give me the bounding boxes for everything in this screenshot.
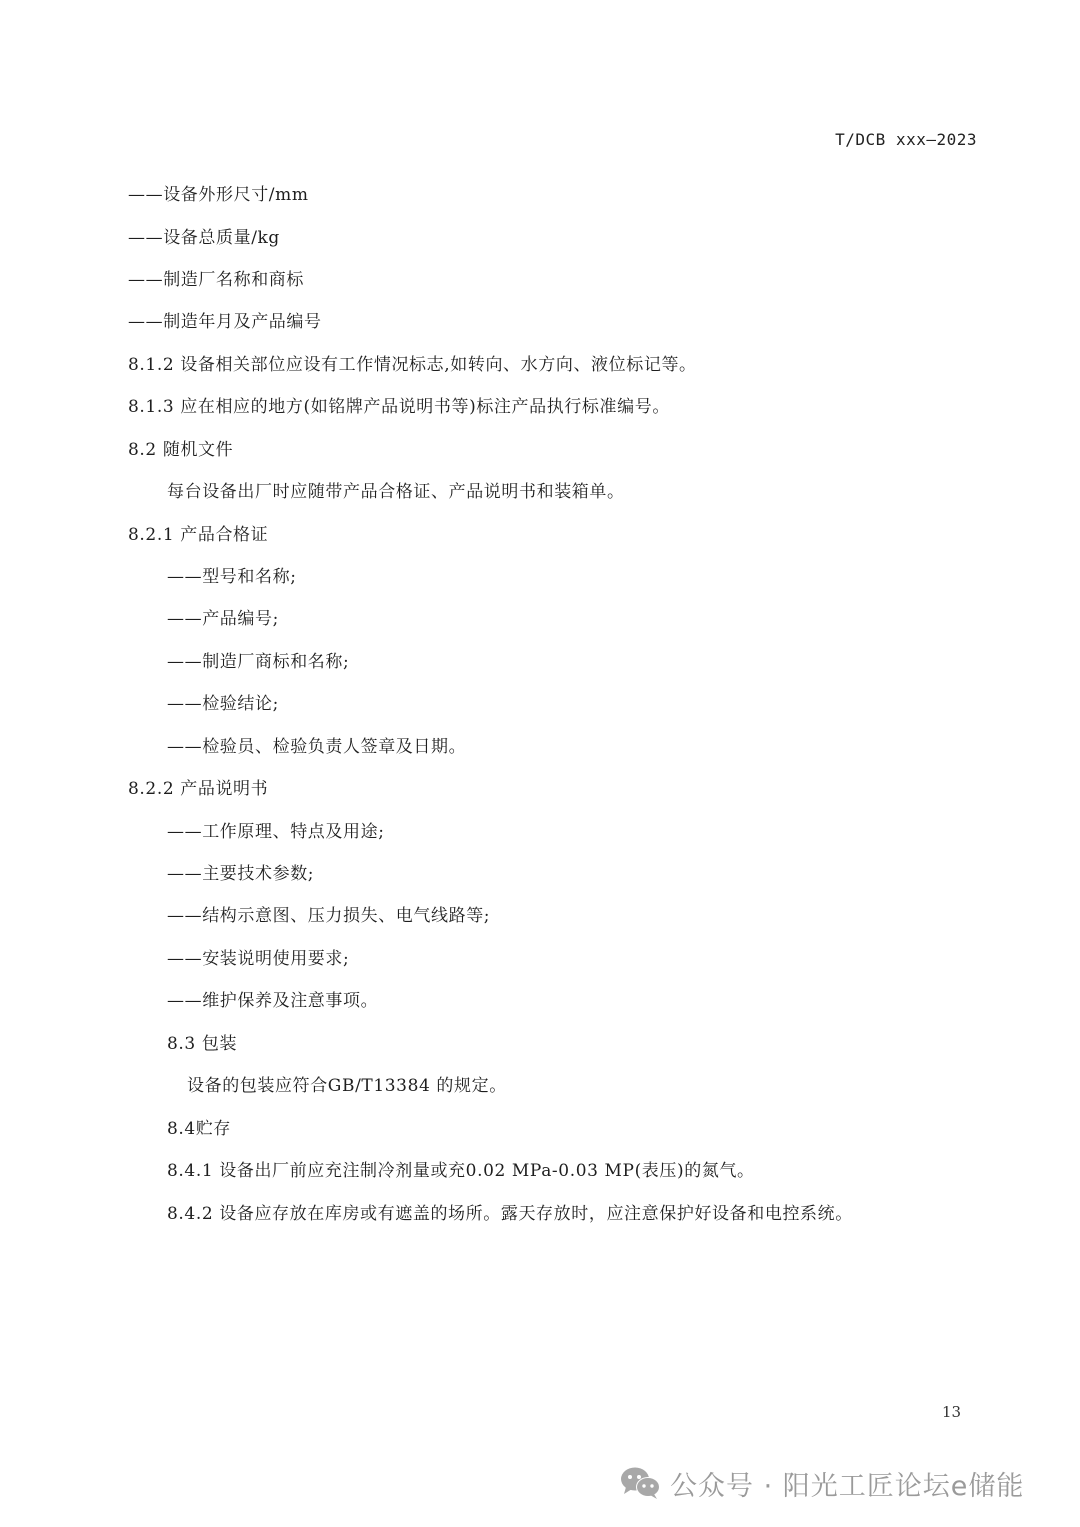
list-item-manufacture-date: ——制造年月及产品编号	[128, 311, 322, 333]
clause-8-1-2: 8.1.2 设备相关部位应设有工作情况标志,如转向、水方向、液位标记等。	[128, 354, 697, 376]
watermark-text: 公众号 · 阳光工匠论坛e储能	[670, 1464, 1024, 1503]
section-heading-8-3: 8.3 包装	[167, 1033, 237, 1055]
clause-8-4-2: 8.4.2 设备应存放在库房或有遮盖的场所。露天存放时，应注意保护好设备和电控系…	[167, 1203, 853, 1225]
list-item-maintenance: ——维护保养及注意事项。	[167, 990, 378, 1012]
list-item-product-number: ——产品编号;	[167, 608, 279, 630]
page-number: 13	[942, 1403, 961, 1421]
standard-code: T/DCB xxx—2023	[835, 130, 977, 149]
list-item-inspector-signature: ——检验员、检验负责人签章及日期。	[167, 736, 466, 758]
list-item-structure-diagram: ——结构示意图、压力损失、电气线路等;	[167, 905, 490, 927]
clause-8-2-1: 8.2.1 产品合格证	[128, 524, 268, 546]
list-item-installation: ——安装说明使用要求;	[167, 948, 349, 970]
document-page: T/DCB xxx—2023 ——设备外形尺寸/mm ——设备总质量/kg ——…	[0, 0, 1080, 1527]
clause-8-1-3: 8.1.3 应在相应的地方(如铭牌产品说明书等)标注产品执行标准编号。	[128, 396, 670, 418]
clause-8-4-1: 8.4.1 设备出厂前应充注制冷剂量或充0.02 MPa-0.03 MP(表压)…	[167, 1160, 755, 1182]
clause-8-2-2: 8.2.2 产品说明书	[128, 778, 268, 800]
paragraph-accompanying-docs: 每台设备出厂时应随带产品合格证、产品说明书和装箱单。	[167, 481, 625, 503]
list-item-inspection-conclusion: ——检验结论;	[167, 693, 279, 715]
watermark: 公众号 · 阳光工匠论坛e储能	[620, 1463, 1024, 1503]
list-item-manufacturer-trademark: ——制造厂商标和名称;	[167, 651, 349, 673]
list-item-dimensions: ——设备外形尺寸/mm	[128, 184, 309, 206]
wechat-icon	[620, 1466, 662, 1500]
paragraph-packaging: 设备的包装应符合GB/T13384 的规定。	[187, 1075, 507, 1097]
list-item-model-name: ——型号和名称;	[167, 566, 297, 588]
list-item-technical-parameters: ——主要技术参数;	[167, 863, 314, 885]
list-item-manufacturer-name: ——制造厂名称和商标	[128, 269, 304, 291]
section-heading-8-4: 8.4贮存	[167, 1118, 231, 1140]
section-heading-8-2: 8.2 随机文件	[128, 439, 233, 461]
list-item-working-principle: ——工作原理、特点及用途;	[167, 821, 385, 843]
list-item-total-mass: ——设备总质量/kg	[128, 227, 280, 249]
